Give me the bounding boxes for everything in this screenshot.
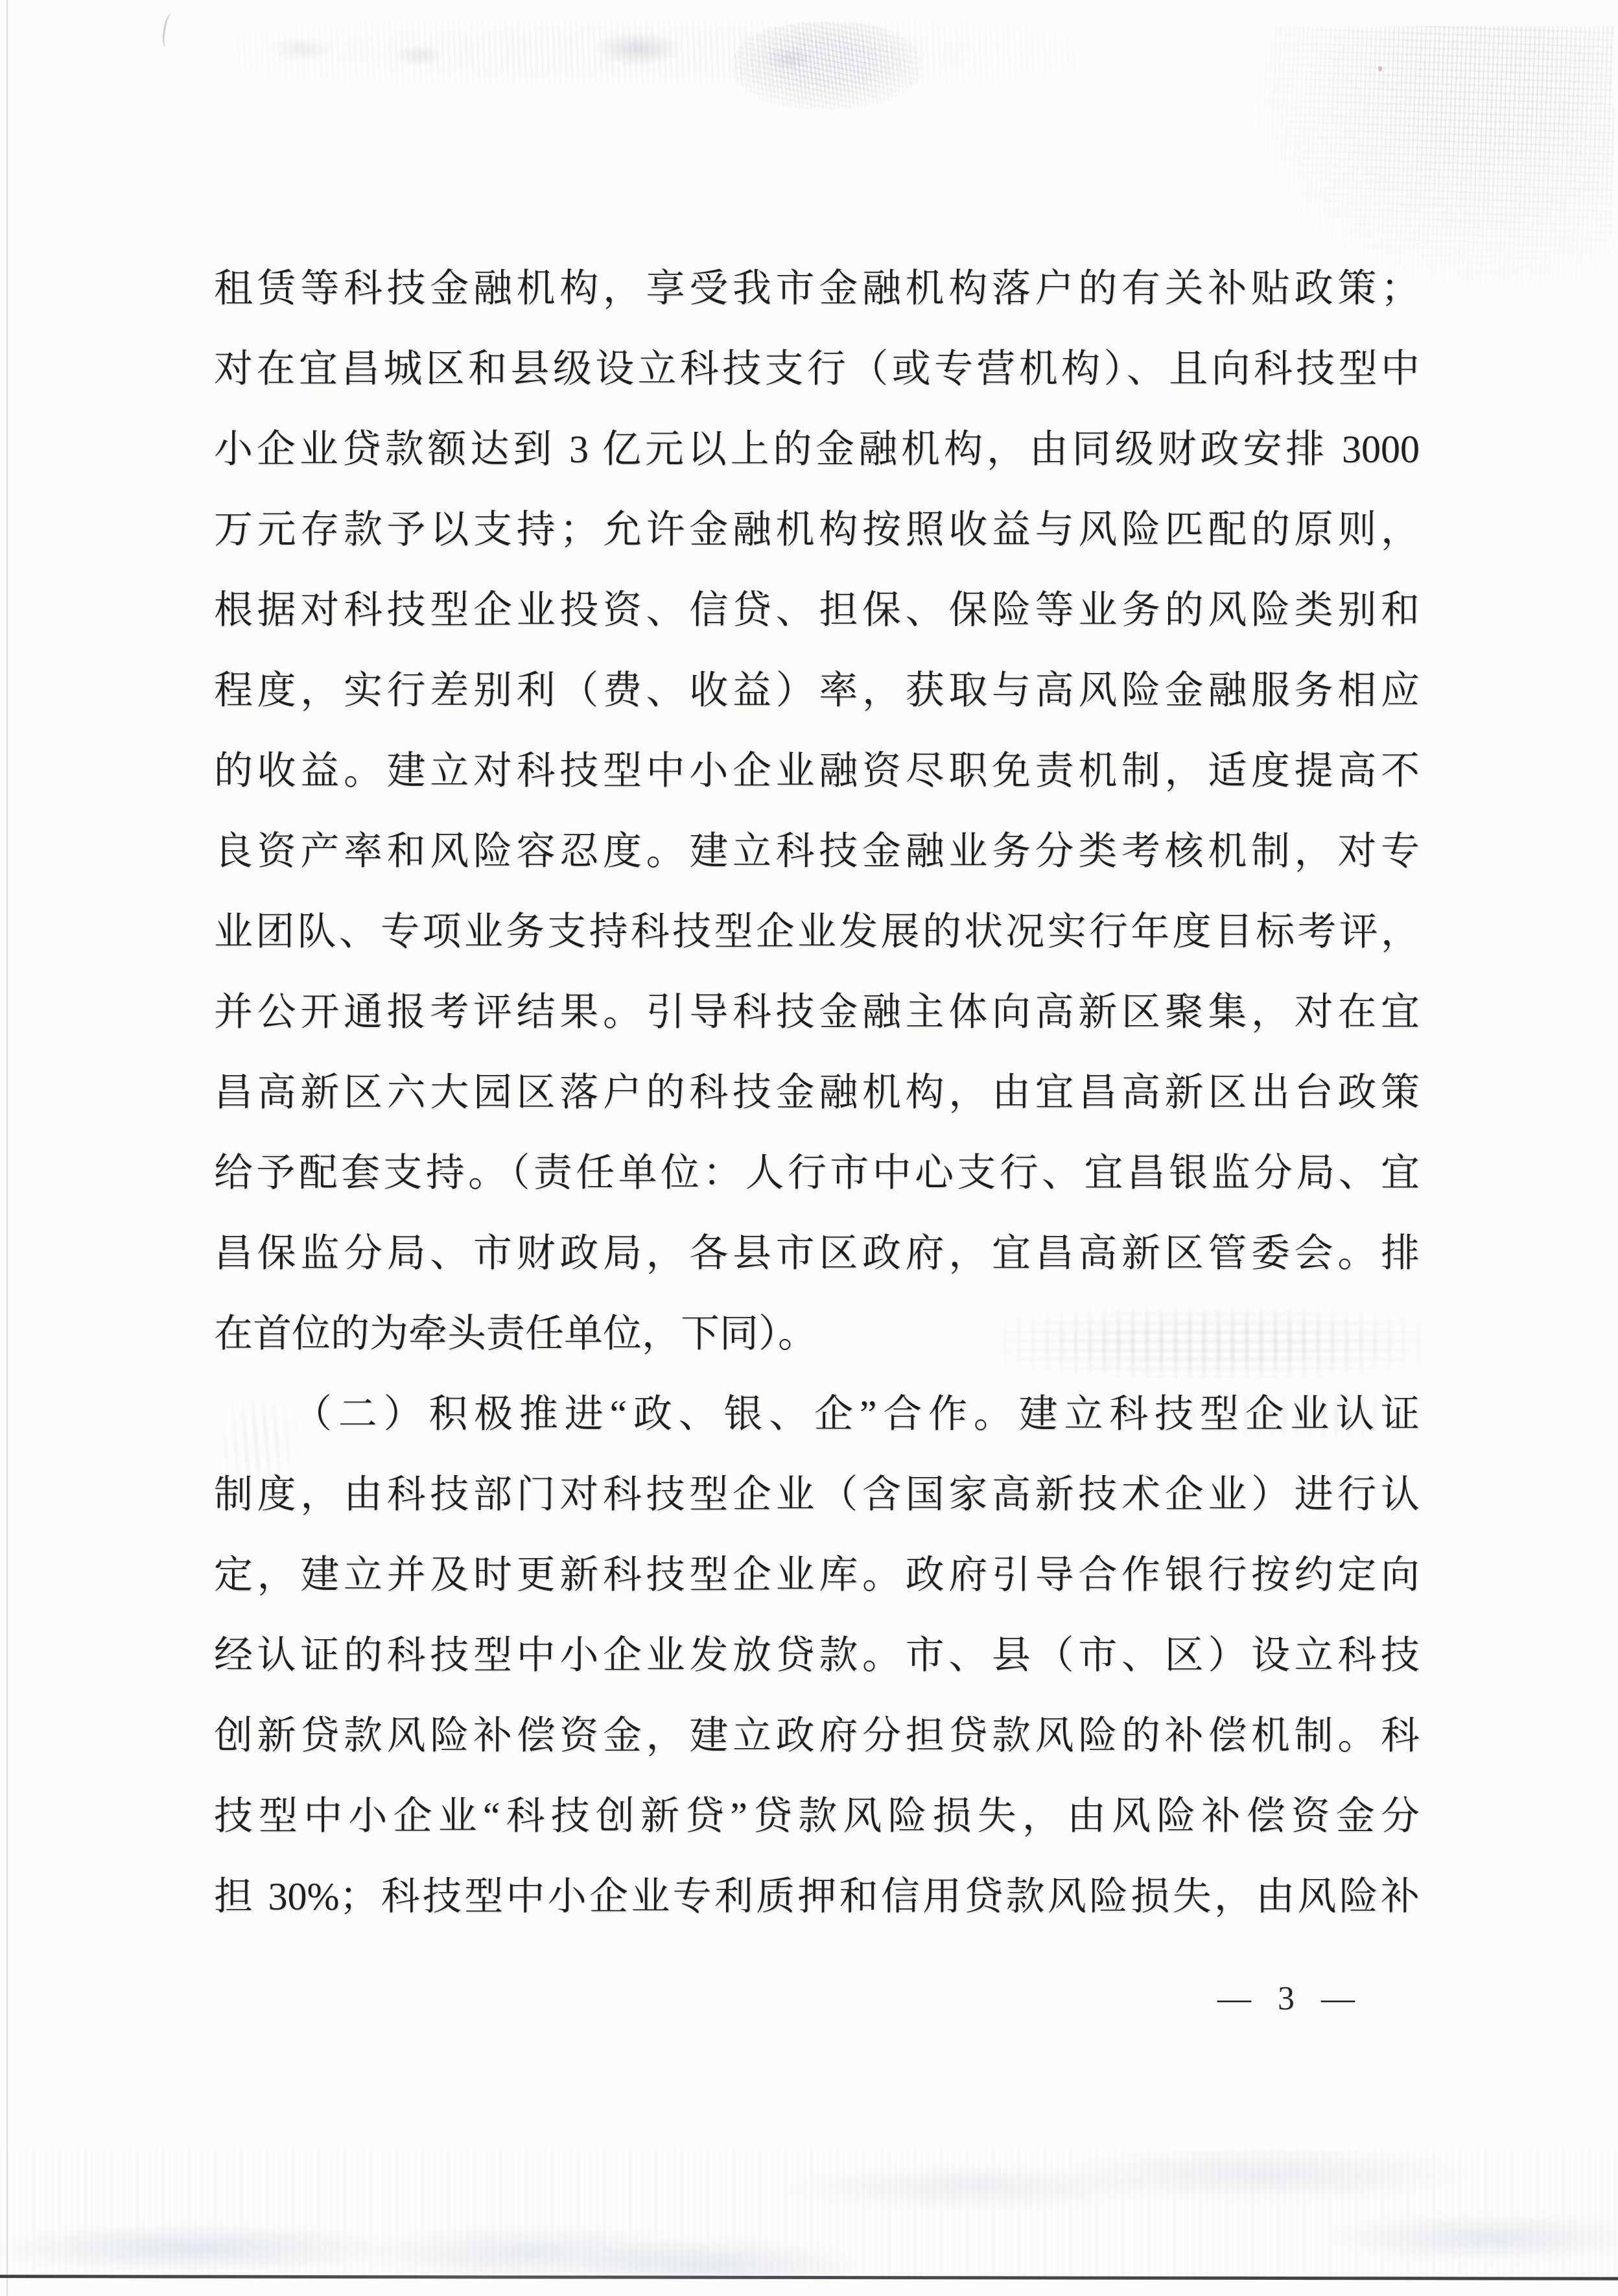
text-line-paragraph-end: 在首位的为牵头责任单位，下同）。 [214,1294,1420,1374]
text-line: 昌保监分局、市财政局，各县市区政府，宜昌高新区管委会。排 [214,1213,1420,1294]
text-line: 给予配套支持。（责任单位：人行市中心支行、宜昌银监分局、宜 [214,1133,1420,1213]
text-line: 程度，实行差别利（费、收益）率，获取与高风险金融服务相应 [214,650,1420,731]
scan-stray-mark [160,12,178,49]
text-line: 业团队、专项业务支持科技型企业发展的状况实行年度目标考评， [214,892,1420,972]
text-line: 对在宜昌城区和县级设立科技支行（或专营机构）、且向科技型中 [214,329,1420,409]
body-text: 租赁等科技金融机构，享受我市金融机构落户的有关补贴政策； 对在宜昌城区和县级设立… [214,248,1420,1937]
text-line-paragraph-start: （二）积极推进“政、银、企”合作。建立科技型企业认证 [214,1374,1420,1454]
text-line: 万元存款予以支持；允许金融机构按照收益与风险匹配的原则， [214,490,1420,570]
text-line: 制度，由科技部门对科技型企业（含国家高新技术企业）进行认 [214,1454,1420,1535]
text-line: 技型中小企业“科技创新贷”贷款风险损失，由风险补偿资金分 [214,1776,1420,1856]
text-line: 担 30%；科技型中小企业专利质押和信用贷款风险损失，由风险补 [214,1856,1420,1937]
scanned-page: 租赁等科技金融机构，享受我市金融机构落户的有关补贴政策； 对在宜昌城区和县级设立… [0,0,1618,2296]
scan-speckle-top [233,18,1076,86]
text-line: 定，建立并及时更新科技型企业库。政府引导合作银行按约定向 [214,1535,1420,1615]
scan-speckle-cluster [733,22,920,110]
scan-mottle-band [0,2149,1618,2276]
scan-speck-pink [1378,66,1382,71]
text-line: 经认证的科技型中小企业发放贷款。市、县（市、区）设立科技 [214,1615,1420,1696]
page-edge-line [6,0,8,2296]
text-line: 的收益。建立对科技型中小企业融资尽职免责机制，适度提高不 [214,731,1420,811]
text-line: 并公开通报考评结果。引导科技金融主体向高新区聚集，对在宜 [214,972,1420,1052]
text-line: 小企业贷款额达到 3 亿元以上的金融机构，由同级财政安排 3000 [214,409,1420,490]
text-line: 根据对科技型企业投资、信贷、担保、保险等业务的风险类别和 [214,570,1420,650]
text-line: 昌高新区六大园区落户的科技金融机构，由宜昌高新区出台政策 [214,1052,1420,1133]
bottom-scan-line [0,2275,1618,2280]
scan-speckle-right [1258,26,1614,285]
page-number: — 3 — [1217,1963,1425,2035]
text-line: 租赁等科技金融机构，享受我市金融机构落户的有关补贴政策； [214,248,1420,329]
text-line: 创新贷款风险补偿资金，建立政府分担贷款风险的补偿机制。科 [214,1696,1420,1776]
text-line: 良资产率和风险容忍度。建立科技金融业务分类考核机制，对专 [214,811,1420,892]
